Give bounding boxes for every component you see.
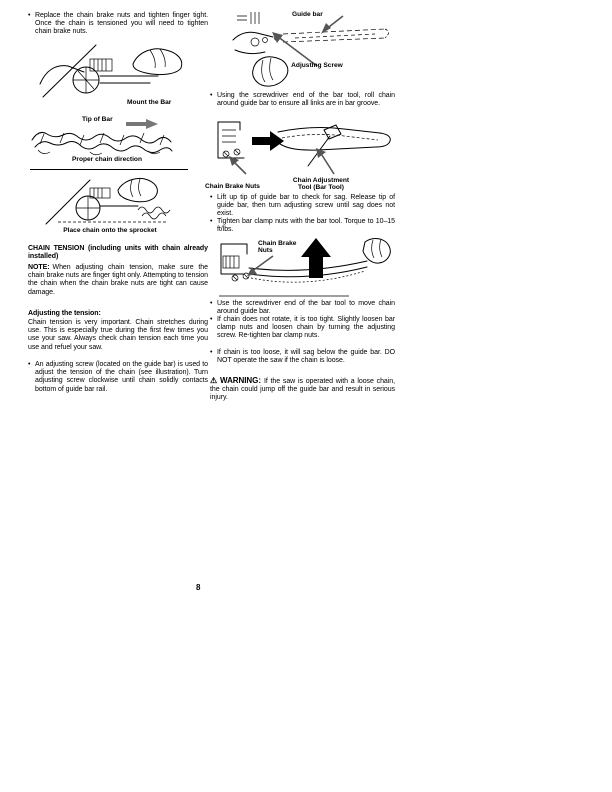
bullet-chain-not-rotate-text: If chain does not rotate, it is too tigh…: [217, 316, 395, 341]
bullet-adjusting-screw-text: An adjusting screw (located on the guide…: [35, 361, 208, 394]
bullet-tighten-torque: • Tighten bar clamp nuts with the bar to…: [210, 218, 395, 234]
guide-bar-label: Guide bar: [292, 11, 323, 18]
bullet-using-screwdriver-text: Using the screwdriver end of the bar too…: [217, 92, 395, 108]
guide-bar-illustration: [225, 8, 395, 92]
bullet-glyph: •: [28, 12, 35, 37]
bullet-glyph: •: [210, 194, 217, 219]
note-text: When adjusting chain tension, make sure …: [28, 264, 208, 296]
manual-page: • Replace the chain brake nuts and tight…: [0, 0, 612, 792]
bullet-glyph: •: [210, 349, 217, 365]
adjusting-tension-heading: Adjusting the tension:: [28, 310, 208, 318]
adjusting-screw-label: Adjusting Screw: [288, 62, 346, 69]
place-chain-illustration: [38, 176, 183, 226]
bullet-adjusting-screw: • An adjusting screw (located on the gui…: [28, 361, 208, 394]
adjusting-tension-paragraph: Chain tension is very important. Chain s…: [28, 319, 208, 352]
page-number: 8: [196, 583, 200, 592]
bullet-replace-brake-nuts: • Replace the chain brake nuts and tight…: [28, 12, 208, 37]
bullet-glyph: •: [210, 316, 217, 341]
bullet-glyph: •: [210, 300, 217, 316]
mount-bar-illustration: [38, 42, 188, 100]
chain-direction-illustration: [30, 114, 188, 158]
bullet-using-screwdriver: • Using the screwdriver end of the bar t…: [210, 92, 395, 108]
warning-label: WARNING:: [220, 376, 264, 385]
bullet-lift-tip-text: Lift up tip of guide bar to check for sa…: [217, 194, 395, 219]
bullet-tighten-torque-text: Tighten bar clamp nuts with the bar tool…: [217, 218, 395, 234]
bullet-glyph: •: [28, 361, 35, 394]
bullet-use-screwdriver-text: Use the screwdriver end of the bar tool …: [217, 300, 395, 316]
bullet-glyph: •: [210, 92, 217, 108]
bullet-glyph: •: [210, 218, 217, 234]
bullet-chain-not-rotate: • If chain does not rotate, it is too ti…: [210, 316, 395, 341]
section-divider: [30, 169, 188, 170]
bullet-lift-tip: • Lift up tip of guide bar to check for …: [210, 194, 395, 219]
bullet-chain-too-loose: • If chain is too loose, it will sag bel…: [210, 349, 395, 365]
note-paragraph: NOTE:When adjusting chain tension, make …: [28, 264, 208, 297]
mount-bar-label: Mount the Bar: [127, 99, 171, 106]
chain-brake-nuts-label-2: Chain Brake Nuts: [258, 240, 306, 255]
chain-adjustment-tool-label: Chain Adjustment Tool (Bar Tool): [288, 177, 354, 192]
chain-adjustment-illustration: [212, 116, 395, 176]
bullet-replace-text: Replace the chain brake nuts and tighten…: [35, 12, 208, 37]
bullet-chain-too-loose-text: If chain is too loose, it will sag below…: [217, 349, 395, 365]
place-chain-caption: Place chain onto the sprocket: [34, 227, 186, 234]
chain-brake-nuts-label: Chain Brake Nuts: [205, 183, 260, 190]
proper-chain-direction-label: Proper chain direction: [72, 156, 142, 163]
note-label: NOTE:: [28, 264, 53, 271]
bullet-use-screwdriver: • Use the screwdriver end of the bar too…: [210, 300, 395, 316]
warning-paragraph: ⚠WARNING:If the saw is operated with a l…: [210, 377, 395, 403]
chain-tension-heading: CHAIN TENSION (including units with chai…: [28, 245, 208, 261]
warning-icon: ⚠: [210, 376, 220, 385]
